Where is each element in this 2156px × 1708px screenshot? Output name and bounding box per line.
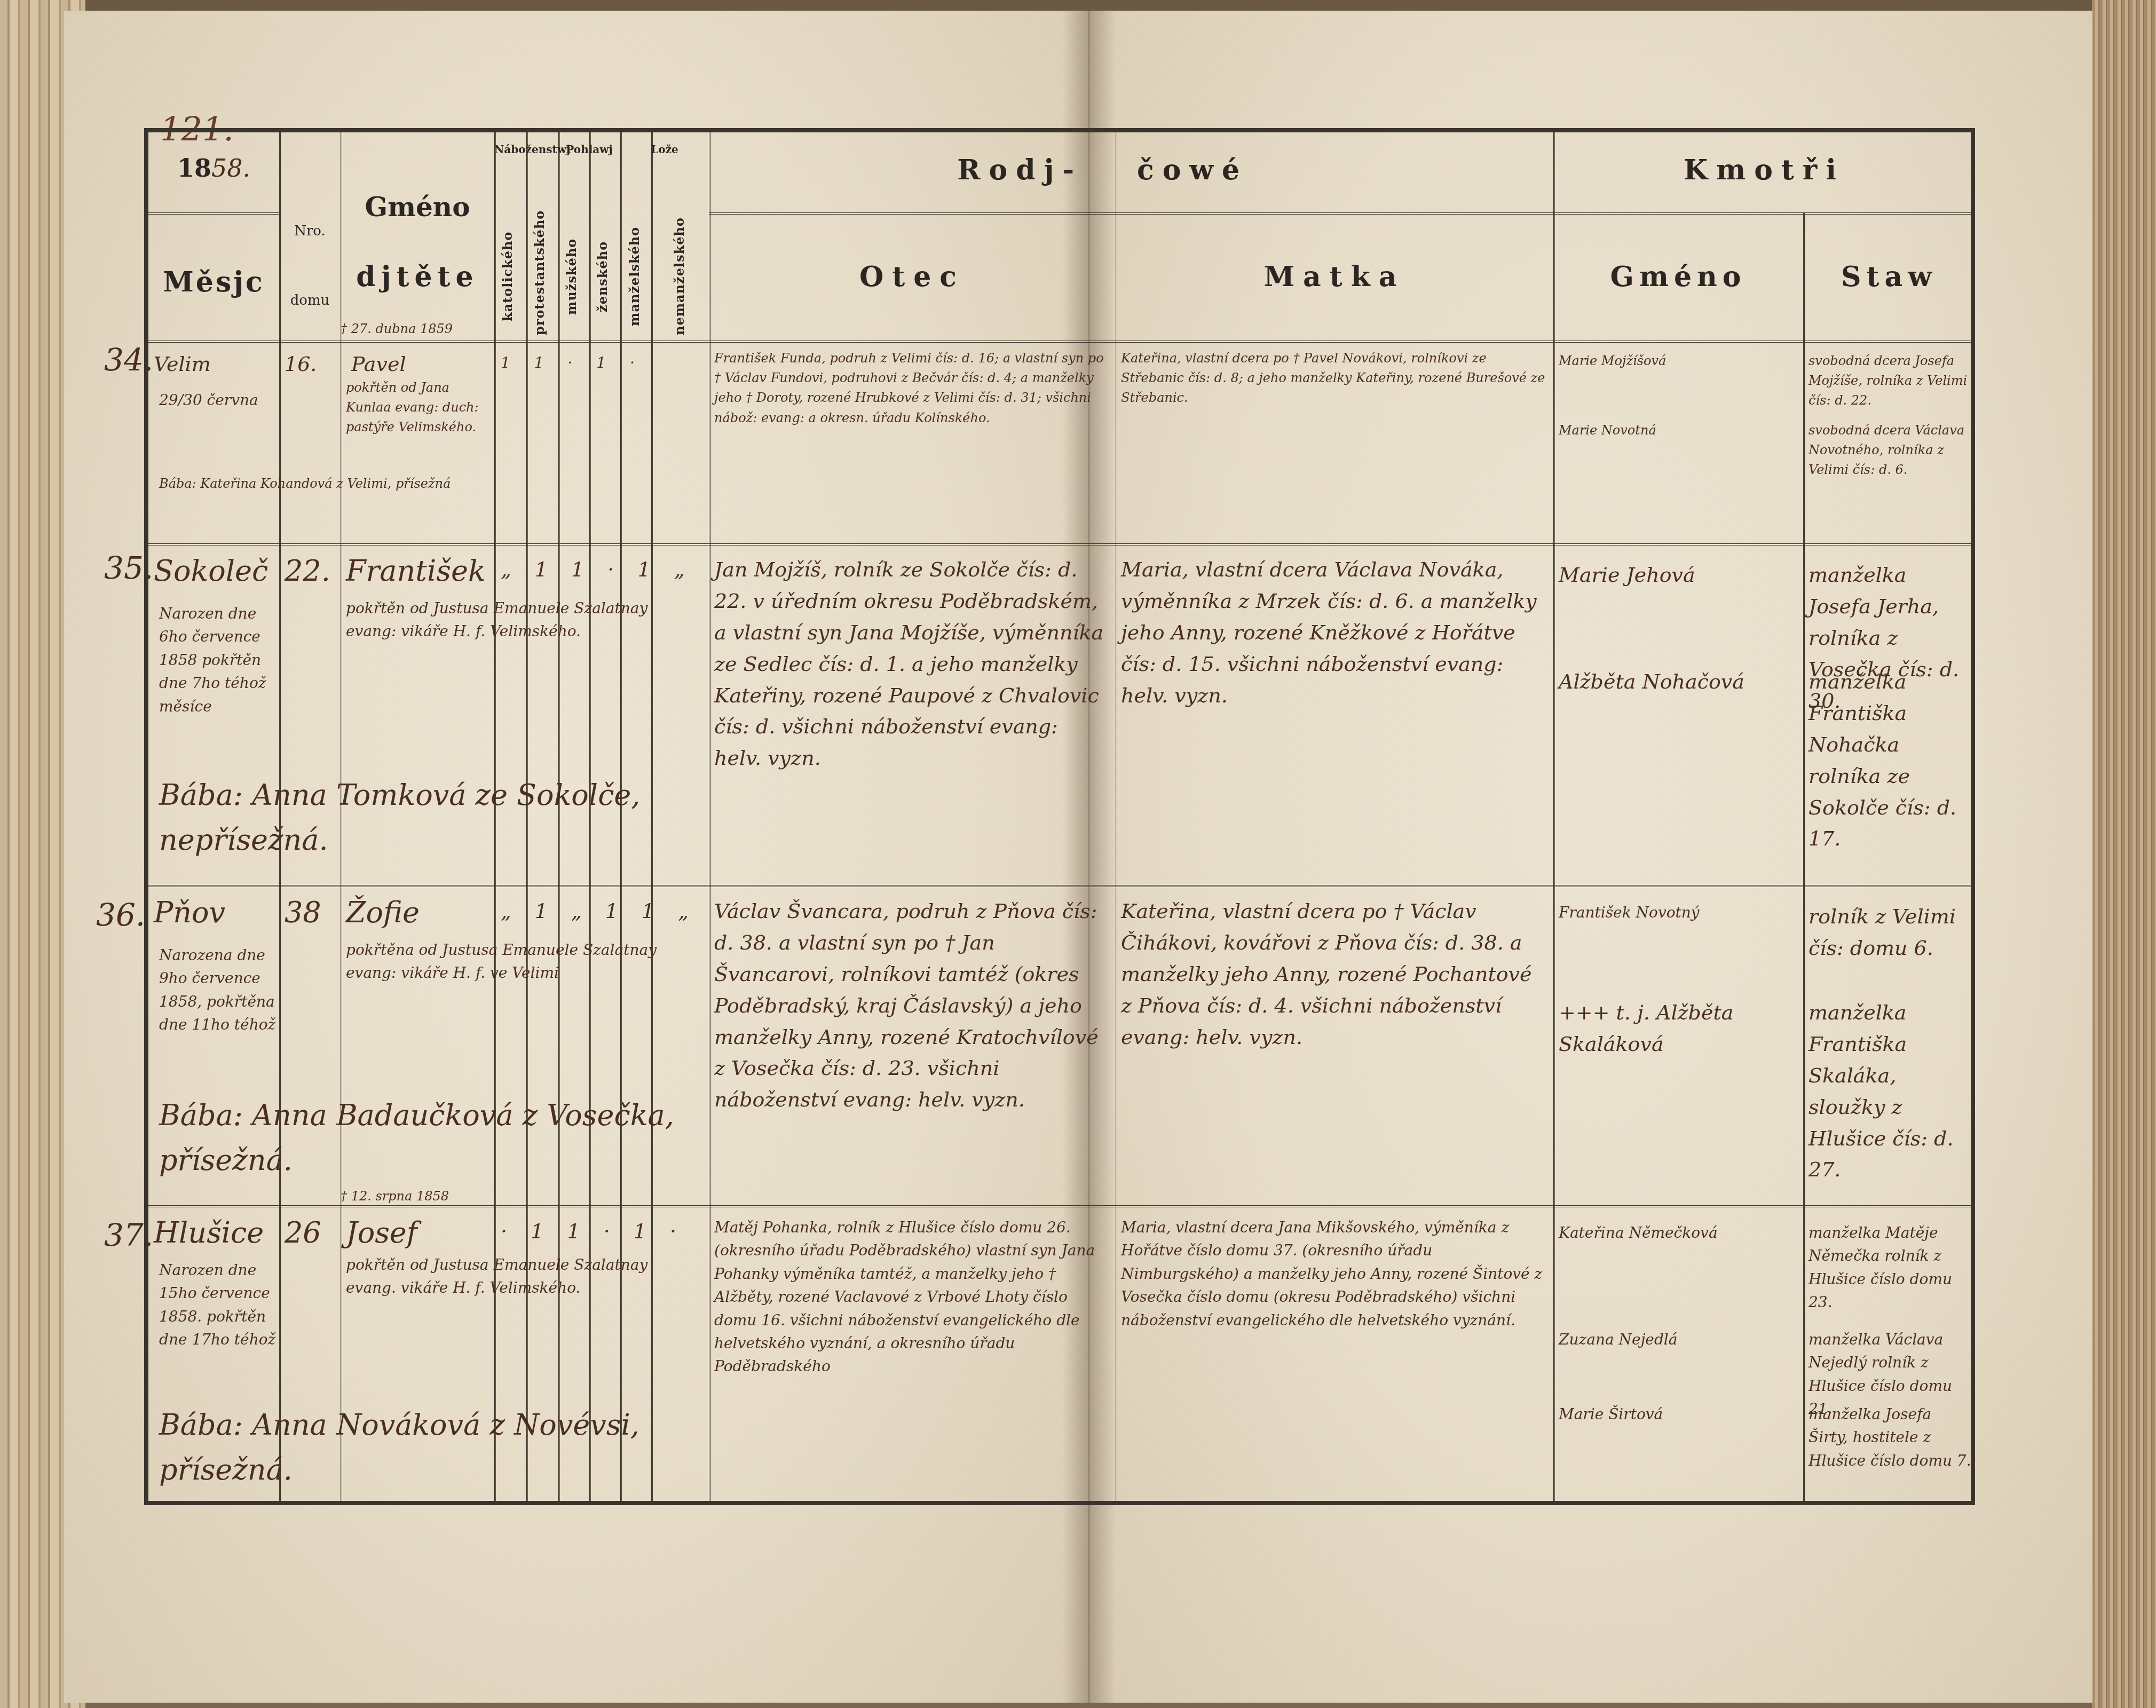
hdr-rule-bottom xyxy=(148,341,1971,343)
year-printed: 18 xyxy=(177,154,211,183)
godparent-name: Marie Širtová xyxy=(1559,1403,1799,1426)
godparent-name: +++ t. j. Alžběta Skaláková xyxy=(1559,997,1799,1060)
header-mother: Matka xyxy=(1116,260,1553,293)
godparent-status: manželka Františka Nohačka rolníka ze So… xyxy=(1808,666,1971,855)
hdr-rule-year xyxy=(148,212,279,215)
entry-marks: „ 1 „ 1 1 „ xyxy=(501,896,704,927)
entry-place: Velim xyxy=(154,349,211,380)
entry-place: Hlušice xyxy=(154,1211,264,1255)
col-rule-godname xyxy=(1553,132,1555,1501)
entry-number: 37. xyxy=(104,1217,153,1253)
header-godparent-name: Gméno xyxy=(1553,260,1803,293)
godparent-status: rolník z Velimi čís: domu 6. xyxy=(1808,901,1971,964)
header-legitimacy: Lože xyxy=(620,143,709,156)
header-male: mužského xyxy=(564,218,579,335)
header-month: Měsjc xyxy=(148,266,279,298)
entry-place: Sokoleč xyxy=(154,549,268,594)
entry-child-note: pokřtěn od Justusa Emanuele Szalatnay ev… xyxy=(346,597,698,643)
entry-father: Jan Mojžíš, rolník ze Sokolče čís: d. 22… xyxy=(714,554,1109,774)
entry-child-note: pokřtěn od Jana Kunlaa evang: duch: past… xyxy=(346,378,490,438)
godparent-name: Marie Mojžíšová xyxy=(1559,351,1799,371)
entry-midwife: Bába: Kateřina Kohandová z Velimi, příse… xyxy=(159,474,704,494)
year-cell: 1858. xyxy=(148,154,279,183)
godparent-name: Alžběta Nohačová xyxy=(1559,666,1799,698)
entry-marks: „ 1 1 · 1 „ xyxy=(501,554,704,586)
header-godparents: Kmotři xyxy=(1553,154,1975,186)
header-child-top: Gméno xyxy=(341,191,494,223)
entry-date: Narozen dne 15ho července 1858. pokřtěn … xyxy=(159,1259,277,1351)
entry-number: 35. xyxy=(104,550,153,586)
entry-number: 34. xyxy=(104,342,153,378)
godparent-status: manželka Josefa Širty, hostitele z Hluši… xyxy=(1808,1403,1971,1472)
header-godparent-status: Staw xyxy=(1803,260,1975,293)
entry-date: 29/30 června xyxy=(159,389,277,412)
row-rule-35 xyxy=(148,885,1971,887)
godparent-name: Marie Novotná xyxy=(1559,421,1799,440)
godparent-name: Kateřina Němečková xyxy=(1559,1221,1799,1244)
entry-child: František xyxy=(346,549,486,594)
entry-father: Václav Švancara, podruh z Pňova čís: d. … xyxy=(714,896,1109,1116)
entry-marks: 1 1 · 1 · xyxy=(501,351,704,374)
entry-date: Narozen dne 6ho července 1858 pokřtěn dn… xyxy=(159,602,277,718)
hdr-rule-parents xyxy=(709,212,1971,215)
col-rule-godstatus xyxy=(1803,212,1805,1501)
col-rule-mother xyxy=(1116,132,1117,1501)
entry-marks: · 1 1 · 1 · xyxy=(501,1216,704,1247)
header-female: ženského xyxy=(595,218,610,335)
entry-mother: Maria, vlastní dcera Václava Nováka, vým… xyxy=(1121,554,1548,711)
header-sex: Pohlawj xyxy=(558,143,620,156)
entry-midwife: Bába: Anna Nováková z Novévsi, přísežná. xyxy=(159,1403,704,1492)
godparent-name: Zuzana Nejedlá xyxy=(1559,1328,1799,1351)
entry-child-note: pokřtěna od Justusa Emanuele Szalatnay e… xyxy=(346,938,698,985)
year-handwritten: 58. xyxy=(211,154,250,183)
godparent-status: svobodná dcera Josefa Mojžíše, rolníka z… xyxy=(1808,351,1971,411)
entry-midwife: Bába: Anna Tomková ze Sokolče, nepřísežn… xyxy=(159,773,704,862)
entry-midwife: Bába: Anna Badaučková z Vosečka, přísežn… xyxy=(159,1093,704,1182)
entry-father: František Funda, podruh z Velimi čís: d.… xyxy=(714,349,1109,428)
entry-child: Žofie xyxy=(346,890,420,935)
header-legitimate: manželského xyxy=(627,218,642,335)
header-illegitimate: nemanželského xyxy=(672,218,687,335)
godparent-status: manželka Matěje Němečka rolník z Hlušice… xyxy=(1808,1221,1971,1314)
entry-place: Pňov xyxy=(154,890,225,935)
entry-child-note: pokřtěn od Justusa Emanuele Szalatnay ev… xyxy=(346,1253,698,1300)
book-page-stack-right xyxy=(2092,0,2156,1708)
death-note-34: † 27. dubna 1859 xyxy=(341,319,495,339)
godparent-status: manželka Františka Skaláka, sloužky z Hl… xyxy=(1808,997,1971,1185)
header-religion: Náboženstwj xyxy=(494,143,558,156)
entry-date: Narozena dne 9ho července 1858, pokřtěna… xyxy=(159,944,277,1037)
entry-mother: Kateřina, vlastní dcera po † Pavel Novák… xyxy=(1121,349,1548,408)
death-note-37: † 12. srpna 1858 xyxy=(341,1187,495,1206)
entry-house: 16. xyxy=(285,349,317,380)
entry-child: Josef xyxy=(346,1211,417,1255)
entry-father: Matěj Pohanka, rolník z Hlušice číslo do… xyxy=(714,1216,1109,1378)
godparent-name: Marie Jehová xyxy=(1559,559,1799,591)
header-house-top: Nro. xyxy=(279,223,341,239)
register-table: 1858. Měsjc Nro. domu Gméno djtěte Nábož… xyxy=(144,128,1975,1505)
header-parents-right: čowé xyxy=(1116,154,1457,186)
entry-house: 26 xyxy=(285,1211,321,1255)
header-father: Otec xyxy=(709,260,1116,293)
header-parents-left: Rodj- xyxy=(709,154,1083,186)
entry-child: Pavel xyxy=(351,349,406,380)
header-protestant: protestantského xyxy=(532,218,547,335)
entry-mother: Maria, vlastní dcera Jana Mikšovského, v… xyxy=(1121,1216,1548,1332)
entry-mother: Kateřina, vlastní dcera po † Václav Čihá… xyxy=(1121,896,1548,1053)
header-catholic: katolického xyxy=(500,218,515,335)
entry-house: 38 xyxy=(285,890,321,935)
header-child-bottom: djtěte xyxy=(341,260,494,293)
header-house-bottom: domu xyxy=(279,292,341,309)
entry-house: 22. xyxy=(285,549,330,594)
entry-number: 36. xyxy=(96,897,145,933)
col-rule-father xyxy=(709,132,710,1501)
godparent-status: svobodná dcera Václava Novotného, rolník… xyxy=(1808,421,1971,480)
godparent-name: František Novotný xyxy=(1559,901,1799,924)
row-rule-34 xyxy=(148,543,1971,545)
